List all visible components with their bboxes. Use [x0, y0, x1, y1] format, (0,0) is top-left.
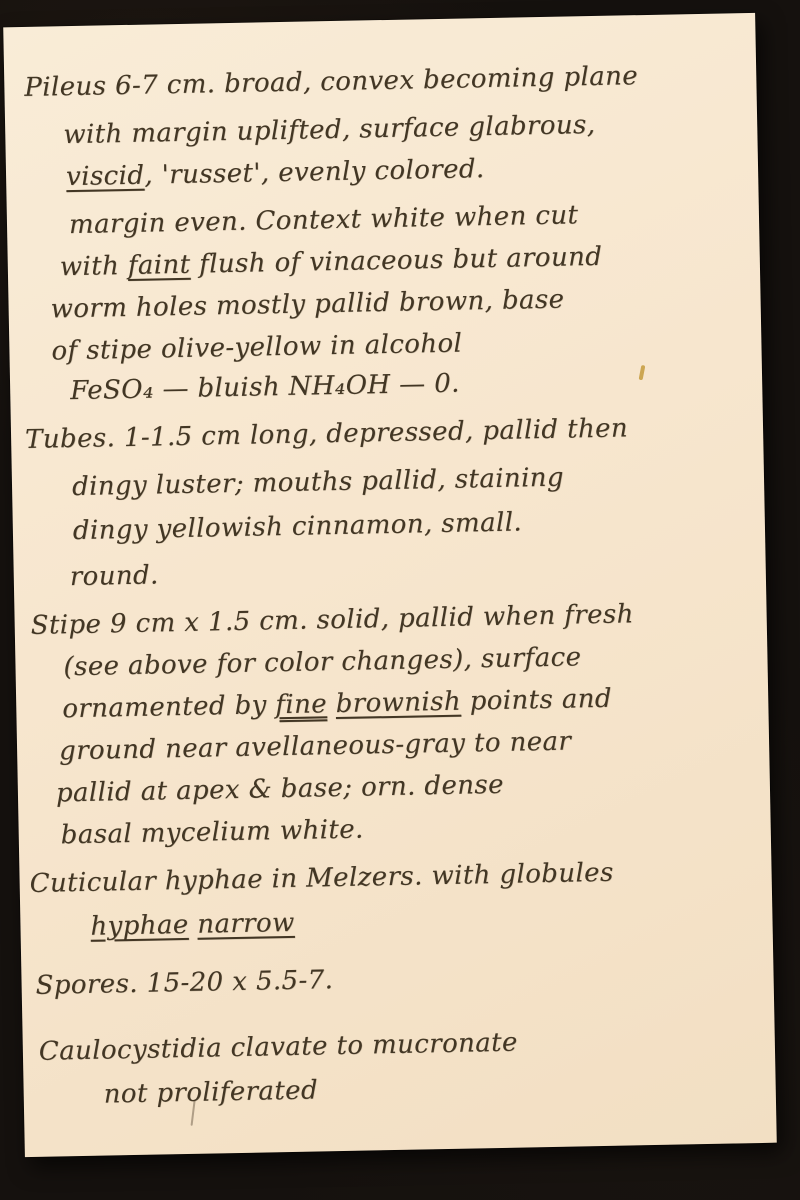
- handwritten-text: (see above for color changes), surface: [63, 642, 581, 682]
- handwritten-text: worm holes mostly pallid brown, base: [50, 285, 564, 325]
- photo-background: Pileus 6-7 cm. broad, convex becoming pl…: [0, 0, 800, 1200]
- handwritten-text: fine: [275, 689, 327, 720]
- handwritten-text: , 'russet', evenly colored.: [144, 154, 485, 191]
- handwritten-line: of stipe olive-yellow in alcohol: [51, 329, 462, 367]
- handwritten-text: FeSO₄ — bluish NH₄OH — 0.: [70, 369, 460, 406]
- handwritten-line: basal mycelium white.: [60, 815, 364, 851]
- handwritten-text: Tubes. 1-1.5 cm long, depressed, pallid …: [25, 413, 628, 455]
- note-card: Pileus 6-7 cm. broad, convex becoming pl…: [3, 13, 777, 1157]
- handwritten-text: narrow: [197, 908, 295, 940]
- handwritten-text: pallid at apex & base; orn. dense: [56, 770, 505, 809]
- handwritten-line: ground near avellaneous-gray to near: [59, 727, 572, 767]
- handwritten-line: with margin uplifted, surface glabrous,: [63, 110, 596, 150]
- handwritten-text: with margin uplifted, surface glabrous,: [63, 110, 596, 150]
- handwritten-line: round.: [70, 560, 159, 592]
- handwritten-text: Spores. 15-20 x 5.5-7.: [35, 965, 333, 1001]
- handwritten-line: Cuticular hyphae in Melzers. with globul…: [29, 858, 614, 899]
- handwritten-text: dingy yellowish cinnamon, small.: [73, 507, 523, 546]
- handwritten-text: Cuticular hyphae in Melzers. with globul…: [29, 858, 614, 899]
- handwritten-text: brownish: [335, 687, 461, 719]
- handwritten-line: (see above for color changes), surface: [63, 642, 581, 682]
- ink-fleck: [639, 365, 646, 380]
- handwritten-text: Stipe 9 cm x 1.5 cm. solid, pallid when …: [30, 599, 634, 641]
- handwritten-text: basal mycelium white.: [60, 815, 364, 851]
- handwritten-line: ornamented by fine brownish points and: [62, 684, 612, 725]
- handwritten-line: margin even. Context white when cut: [69, 200, 579, 240]
- handwritten-text: of stipe olive-yellow in alcohol: [51, 329, 462, 367]
- handwritten-text: faint: [128, 250, 191, 281]
- handwritten-text: points and: [461, 684, 613, 717]
- handwritten-line: Spores. 15-20 x 5.5-7.: [35, 965, 333, 1001]
- handwritten-line: Pileus 6-7 cm. broad, convex becoming pl…: [24, 61, 638, 103]
- handwritten-text: with: [60, 251, 129, 282]
- handwritten-text: Pileus 6-7 cm. broad, convex becoming pl…: [24, 61, 638, 103]
- handwritten-line: Stipe 9 cm x 1.5 cm. solid, pallid when …: [30, 599, 634, 641]
- handwritten-line: worm holes mostly pallid brown, base: [50, 285, 564, 325]
- handwritten-line: Caulocystidia clavate to mucronate: [39, 1028, 518, 1067]
- handwritten-text: Caulocystidia clavate to mucronate: [39, 1028, 518, 1067]
- handwritten-text: flush of vinaceous but around: [190, 242, 602, 280]
- handwritten-text: viscid: [66, 161, 145, 192]
- handwritten-line: not proliferated: [103, 1075, 318, 1109]
- handwritten-line: pallid at apex & base; orn. dense: [56, 770, 505, 809]
- handwritten-text: round.: [70, 560, 159, 592]
- handwritten-text: hyphae: [90, 910, 189, 942]
- handwritten-text: margin even. Context white when cut: [69, 200, 579, 240]
- handwritten-text: ornamented by: [62, 690, 276, 724]
- handwritten-line: dingy luster; mouths pallid, staining: [72, 463, 564, 502]
- handwritten-line: with faint flush of vinaceous but around: [60, 242, 603, 282]
- handwritten-line: FeSO₄ — bluish NH₄OH — 0.: [70, 369, 460, 406]
- handwritten-text: not proliferated: [103, 1075, 318, 1109]
- handwritten-line: dingy yellowish cinnamon, small.: [73, 507, 523, 546]
- handwritten-text: dingy luster; mouths pallid, staining: [72, 463, 564, 502]
- handwritten-line: Tubes. 1-1.5 cm long, depressed, pallid …: [25, 413, 628, 455]
- handwritten-line: hyphae narrow: [90, 908, 295, 942]
- handwritten-line: viscid, 'russet', evenly colored.: [66, 154, 485, 192]
- handwritten-text: ground near avellaneous-gray to near: [59, 727, 572, 767]
